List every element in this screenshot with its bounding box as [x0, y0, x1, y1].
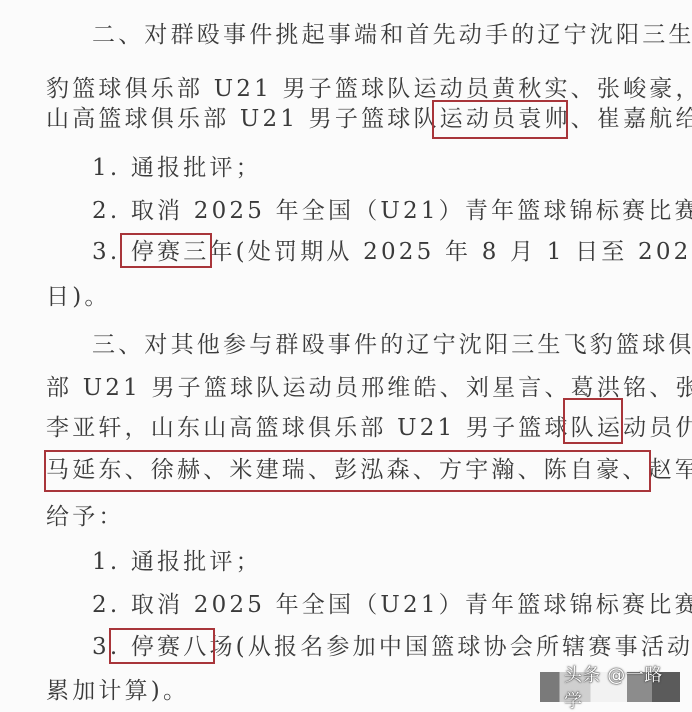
- highlight-box-ban-three-years: [120, 233, 212, 268]
- para3-line-5: 给予：: [46, 502, 125, 532]
- highlight-box-player-list: [44, 450, 651, 492]
- highlight-box-yuan-cui: [432, 100, 568, 139]
- para2-item-2: 2. 取消 2025 年全国（U21）青年篮球锦标赛比赛资格；: [92, 196, 692, 226]
- document-page: 二、对群殴事件挑起事端和首先动手的辽宁沈阳三生飞 豹篮球俱乐部 U21 男子篮球…: [0, 0, 692, 712]
- para3-item-1: 1. 通报批评；: [92, 547, 262, 577]
- highlight-box-qiu-xing: [563, 398, 623, 444]
- highlight-box-ban-eight-games: [109, 628, 215, 664]
- watermark: 头条 @一路学: [540, 672, 680, 702]
- para2-line-1: 二、对群殴事件挑起事端和首先动手的辽宁沈阳三生飞: [92, 20, 692, 50]
- para3-item-2: 2. 取消 2025 年全国（U21）青年篮球锦标赛比赛资格；: [92, 590, 692, 620]
- para2-line-3: 山高篮球俱乐部 U21 男子篮球队运动员袁帅、崔嘉航给予：: [46, 104, 692, 134]
- para3-item-3-continuation: 累加计算)。: [46, 676, 189, 706]
- para2-line-2: 豹篮球俱乐部 U21 男子篮球队运动员黄秋实、张峻豪，山东: [46, 74, 692, 104]
- para3-line-1: 三、对其他参与群殴事件的辽宁沈阳三生飞豹篮球俱乐: [92, 330, 692, 360]
- para2-item-1: 1. 通报批评；: [92, 153, 262, 183]
- para2-item-3-continuation: 日)。: [46, 282, 111, 312]
- watermark-text: 头条 @一路学: [564, 661, 680, 712]
